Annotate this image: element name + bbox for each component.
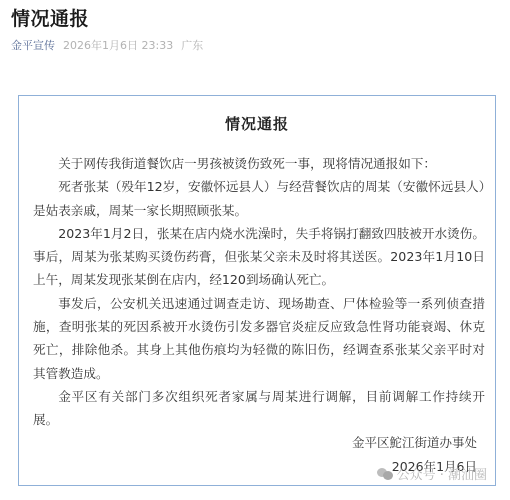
notice-body: 关于网传我街道餐饮店一男孩被烫伤致死一事，现将情况通报如下： 死者张某（殁年12…: [33, 152, 485, 432]
publish-date: 2026年1月6日 23:33: [63, 37, 173, 53]
article-meta: 金平宣传 2026年1月6日 23:33 广东: [11, 37, 203, 53]
notice-title: 情况通报: [19, 113, 495, 134]
notice-paragraph: 事发后，公安机关迅速通过调查走访、现场勘查、尸体检验等一系列侦查措施，查明张某的…: [33, 292, 485, 385]
notice-paragraph: 金平区有关部门多次组织死者家属与周某进行调解，目前调解工作持续开展。: [33, 385, 485, 432]
notice-paragraph: 2023年1月2日，张某在店内烧水洗澡时，失手将锅打翻致四肢被开水烫伤。事后，周…: [33, 222, 485, 292]
author-link[interactable]: 金平宣传: [11, 37, 55, 53]
signature-org: 金平区鮀江街道办事处: [352, 431, 477, 455]
publish-location: 广东: [181, 37, 203, 53]
notice-image: 情况通报 关于网传我街道餐饮店一男孩被烫伤致死一事，现将情况通报如下： 死者张某…: [18, 95, 496, 486]
watermark-text: 公众号 · 潮汕圈: [397, 464, 487, 483]
notice-paragraph: 关于网传我街道餐饮店一男孩被烫伤致死一事，现将情况通报如下：: [33, 152, 485, 175]
notice-paragraph: 死者张某（殁年12岁，安徽怀远县人）与经营餐饮店的周某（安徽怀远县人）是姑表亲戚…: [33, 175, 485, 222]
article-title: 情况通报: [11, 4, 89, 31]
watermark: 公众号 · 潮汕圈: [377, 464, 487, 483]
wechat-icon: [377, 468, 393, 480]
